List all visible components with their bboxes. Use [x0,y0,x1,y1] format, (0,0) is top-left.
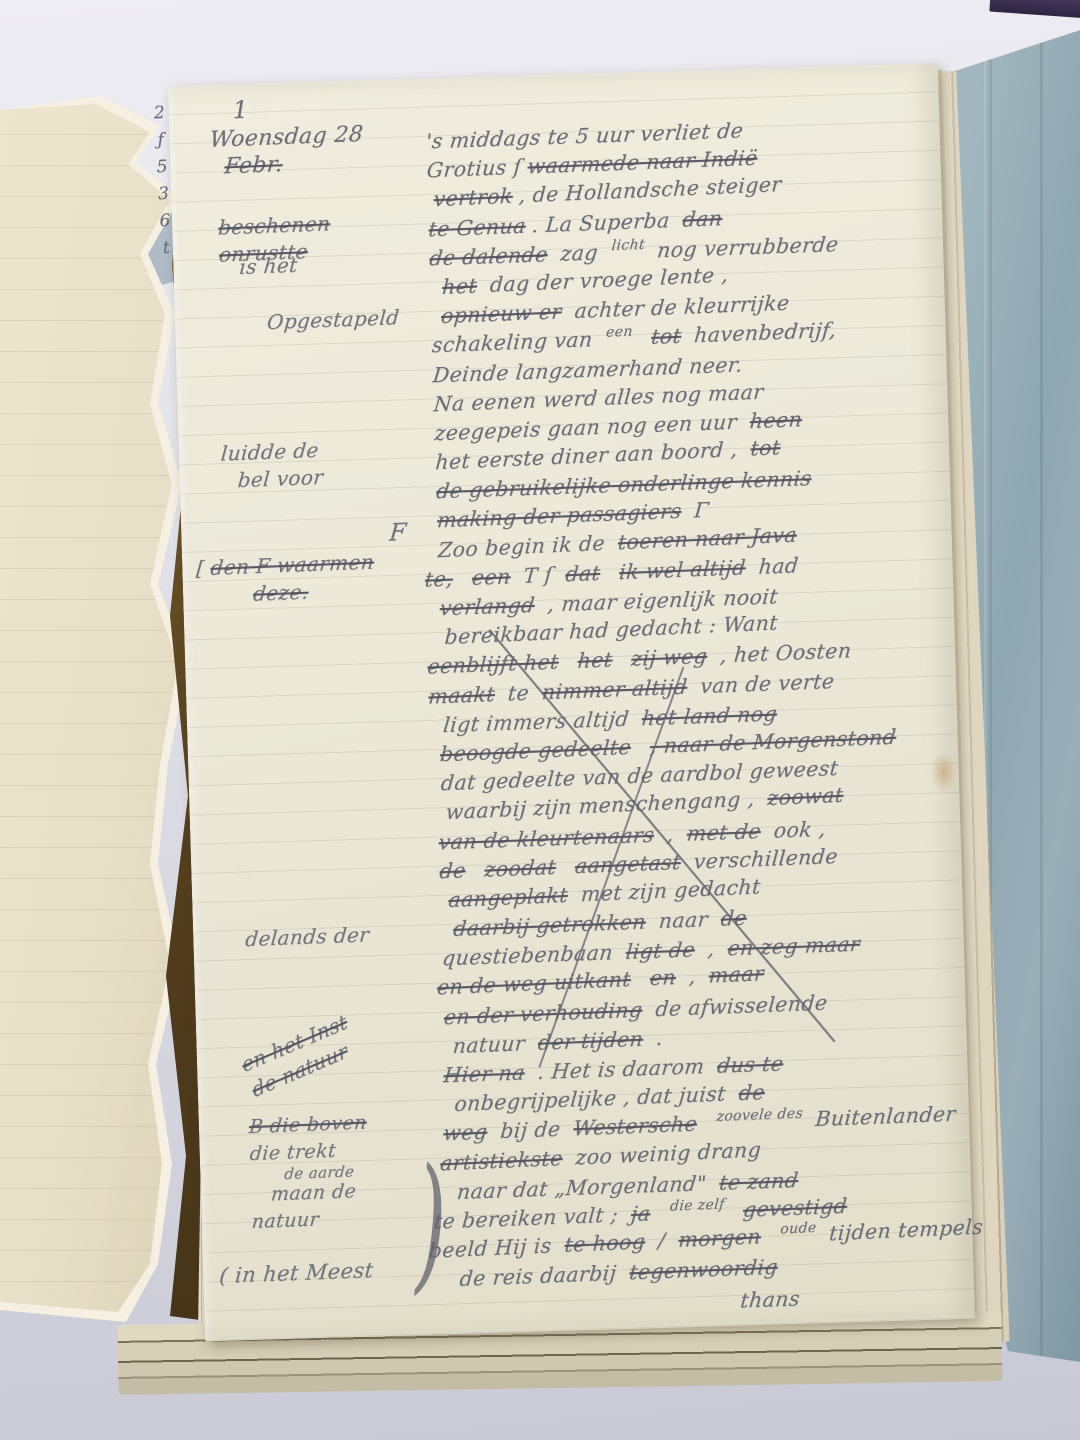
handwritten-segment: en de weg uitkant [436,967,631,1000]
handwritten-segment: bij de [492,1117,568,1144]
handwritten-segment: ligt immers altijd [442,706,637,737]
handwritten-segment [636,734,645,758]
handwritten-segment: aangetast [574,850,682,878]
handwritten-segment: eenblijft het [427,650,560,679]
handwritten-segment: had [751,553,800,579]
handwritten-segment: de dalende [428,242,549,270]
handwritten-segment: beeld Hij is [428,1233,559,1263]
handwritten-segment: Buitenlander [808,1102,957,1132]
handwritten-segment: delands der [244,922,370,951]
insertion-paren-mark: ) [414,1136,448,1309]
handwritten-segment: te zand [718,1168,800,1195]
margin-note: luidde debel voor [221,437,330,494]
handwritten-segment [561,854,570,878]
handwritten-segment [636,967,644,991]
handwritten-segment: . Het is daarom [530,1054,713,1084]
handwritten-segment: de [439,858,467,883]
handwritten-segment: de [720,906,748,931]
manuscript-line: thans [739,1279,962,1316]
handwritten-segment: natuur [452,1031,533,1058]
handwritten-segment [617,647,626,671]
margin-note: Opgestapeld [267,305,406,336]
margin-note: B die bovendie trektde aardemaan denatuu… [249,1110,376,1236]
margin-note: delands der [245,922,376,953]
handwritten-segment [605,560,614,584]
page-number: 1 [232,96,248,124]
handwritten-segment: maakt [427,682,496,709]
date-heading: Woensdag 28Febr. [209,122,370,181]
handwritten-segment [766,1224,774,1248]
margin-note-line: bel voor [237,464,331,495]
margin-note: [den F waarmendeze. [196,550,381,609]
photo-scene: 2ƒ536t 1 Woensdag 28Febr. beschenenonrus… [0,0,1080,1440]
handwritten-segment: verschillende [686,844,839,874]
handwritten-segment: oude [780,1220,817,1238]
manuscript-page: 1 Woensdag 28Febr. beschenenonrustte is … [168,63,975,1341]
handwritten-segment: , [700,937,723,962]
handwritten-segment: van de verte [692,668,835,697]
margin-note: ( in het Meest [219,1258,380,1290]
handwritten-segment: der tijden [537,1026,644,1054]
handwritten-segment: , het Oosten [712,639,852,668]
margin-note-line: delands der [244,921,376,953]
handwritten-segment: het [577,648,614,673]
handwritten-segment: [ [195,556,205,580]
handwritten-segment: de [738,1080,766,1105]
handwritten-segment: en [649,965,677,990]
handwritten-segment: tijden tempels [821,1215,983,1246]
handwritten-segment: naar [651,907,716,933]
handwritten-segment: ook , [766,816,828,842]
handwritten-segment: zij weg [630,644,708,671]
handwritten-segment: Hier na [442,1060,526,1087]
handwritten-segment: / [651,1228,674,1253]
handwritten-segment: de reis daarbij [459,1261,625,1291]
handwritten-segment: vertrok [433,184,514,212]
folder-crease [1040,22,1043,1370]
margin-note-line: is het [238,251,304,281]
handwritten-segment: het [441,273,477,299]
handwritten-segment: die trekt [249,1140,337,1165]
dark-notebook-edge [989,0,1080,18]
handwritten-segment: tot [750,435,782,460]
margin-note-line: deze. [252,576,382,608]
handwritten-segment: Γ [686,498,710,523]
handwritten-segment: maan de [270,1180,357,1205]
margin-note: F [389,519,413,547]
handwritten-segment: opnieuw er [440,299,563,328]
handwritten-segment: questiebenbaan [441,940,621,970]
handwritten-segment: havenbedrijf, [686,318,837,348]
handwritten-segment: maar [708,962,765,988]
handwritten-segment [564,649,573,673]
margin-note-line: luidde de [220,436,330,467]
handwritten-segment: te, [424,566,454,591]
margin-note: is het [239,252,304,281]
handwritten-segment: thans [739,1286,801,1312]
handwritten-segment: den F waarmen [210,550,376,580]
handwritten-segment: tot [650,324,682,349]
handwritten-segment: morgen [678,1224,762,1252]
handwritten-segment [655,1201,664,1225]
handwritten-segment [471,857,480,881]
handwritten-segment: , [659,821,682,846]
handwritten-segment: te Genua [428,213,527,241]
handwritten-segment: dus te [716,1051,785,1077]
handwritten-segment: . [648,1026,664,1051]
handwritten-segment: artistiekste [439,1146,563,1175]
handwritten-segment: verlangd [439,593,536,620]
handwritten-segment: heen [749,407,803,433]
handwritten-segment: te bereiken valt ; [433,1202,626,1233]
handwritten-segment: T ſ [516,562,561,588]
handwritten-segment: tegenwoordig [628,1255,779,1285]
handwritten-segment: een [605,324,633,341]
handwritten-segment: dan [682,206,724,232]
handwritten-segment: . La Superba [531,207,678,237]
handwritten-segment [458,566,467,590]
handwritten-segment: ik wel altijd [618,555,747,584]
handwritten-segment: Grotius ſ [426,155,523,183]
handwritten-segment: beoogde gedeelte [439,735,632,766]
handwritten-segment: de afwisselende [647,990,828,1021]
handwritten-segment [729,1198,738,1222]
handwritten-segment: B die boven [248,1112,368,1139]
handwritten-segment: zoowat [767,783,844,810]
handwritten-segment [702,1111,711,1135]
handwritten-segment [637,325,646,349]
handwritten-segment: die zelf [669,1196,725,1214]
margin-note-line: Febr. [223,148,371,181]
handwritten-segment: schakeling van [431,327,601,358]
handwritten-segment: , [681,964,703,989]
handwritten-segment: is het [238,253,298,279]
handwritten-segment: te hoog [564,1229,646,1257]
handwritten-segment: zag [552,240,606,266]
handwritten-segment: gevestigd [742,1194,848,1222]
handwritten-segment: bel voor [237,465,325,492]
handwritten-segment: weg [442,1120,488,1146]
body-lines: 's middags te 5 uur verliet deGrotius ſw… [425,114,960,1325]
margin-note-line: maan de [270,1177,376,1208]
margin-note: en het Instde natuur [237,1007,368,1103]
handwritten-segment: aangeplakt [448,883,569,912]
handwritten-segment: dat [564,561,601,586]
handwritten-segment: ja [630,1201,651,1226]
handwritten-segment: het land nog [641,701,779,730]
handwritten-segment: te [500,680,537,705]
margin-note-line: Opgestapeld [266,304,407,336]
handwritten-segment: ligt de [625,938,697,964]
handwritten-segment: Febr. [223,152,283,179]
margin-note-line: F [388,519,413,547]
handwritten-segment: licht [611,237,646,254]
handwritten-segment: met de [686,819,763,846]
handwritten-segment: deze. [252,580,309,606]
handwritten-segment: natuur [251,1208,320,1233]
handwritten-segment: Westersche [572,1112,698,1141]
handwritten-segment: luidde de [220,438,320,466]
margin-note-line: ( in het Meest [218,1257,380,1290]
handwritten-segment: ( in het Meest [218,1258,374,1288]
handwritten-segment: nimmer altijd [541,674,688,704]
handwritten-segment: een [471,564,512,590]
handwritten-segment: zoovele des [716,1106,804,1125]
margin-note-line: natuur [251,1204,377,1236]
handwritten-segment: daarbij getrokken [452,910,647,941]
handwritten-segment: beschenen [217,211,331,239]
handwritten-segment: Opgestapeld [266,305,400,334]
handwritten-segment: zoodat [484,854,558,881]
handwritten-segment: F [388,518,407,547]
